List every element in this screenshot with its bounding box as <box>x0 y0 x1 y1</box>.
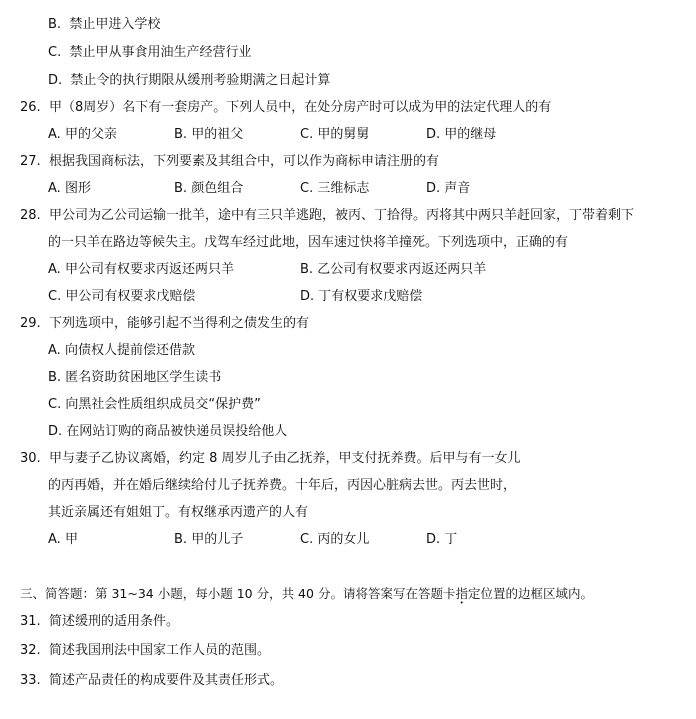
question-28-cont: 的一只羊在路边等候失主。戊驾车经过此地，因车速过快将羊撞死。下列选项中，正确的有 <box>48 235 568 251</box>
option-text: 甲的儿子 <box>191 532 243 547</box>
option-text: 甲的祖父 <box>191 127 243 142</box>
q29-option-c: C. 向黑社会性质组织成员交“保护费” <box>48 397 261 413</box>
option-letter: A. <box>48 262 61 277</box>
option-letter: A. <box>48 343 61 358</box>
section-text-emphasis: 卡指定 <box>443 586 481 601</box>
question-30-cont1: 的丙再婚，并在婚后继续给付儿子抚养费。十年后，丙因心脏病去世。丙去世时， <box>48 478 516 494</box>
section-heading: 三、简答题：第 31~34 小题，每小题 10 分，共 40 分。请将答案写在答… <box>20 586 593 602</box>
q30-option-d: D. 丁 <box>426 532 457 548</box>
question-29: 29. 下列选项中，能够引起不当得利之债发生的有 <box>20 316 309 332</box>
question-number: 27. <box>20 154 41 169</box>
q26-option-b: B. 甲的祖父 <box>174 127 243 143</box>
option-letter: B. <box>48 17 61 32</box>
q30-option-b: B. 甲的儿子 <box>174 532 243 548</box>
question-text: 简述缓刑的适用条件。 <box>49 614 179 629</box>
q27-option-d: D. 声音 <box>426 181 470 197</box>
option-letter: C. <box>48 45 61 60</box>
q28-option-a: A. 甲公司有权要求丙返还两只羊 <box>48 262 234 278</box>
option-text: 向债权人提前偿还借款 <box>65 343 195 358</box>
q29-option-d: D. 在网站订购的商品被快递员误投给他人 <box>48 424 287 440</box>
q26-option-a: A. 甲的父亲 <box>48 127 117 143</box>
option-text: 禁止甲进入学校 <box>69 17 160 32</box>
option-letter: D. <box>426 127 440 142</box>
question-26: 26. 甲（8周岁）名下有一套房产。下列人员中，在处分房产时可以成为甲的法定代理… <box>20 100 551 116</box>
q26-option-d: D. 甲的继母 <box>426 127 496 143</box>
option-letter: C. <box>300 181 313 196</box>
q27-option-b: B. 颜色组合 <box>174 181 243 197</box>
option-letter: D. <box>426 532 440 547</box>
option-d: D. 禁止令的执行期限从缓刑考验期满之日起计算 <box>48 73 330 89</box>
question-number: 33. <box>20 673 41 688</box>
question-text: 下列选项中，能够引起不当得利之债发生的有 <box>49 316 309 331</box>
question-number: 31. <box>20 614 41 629</box>
option-text: 图形 <box>65 181 91 196</box>
option-letter: D. <box>48 73 62 88</box>
option-text: 禁止令的执行期限从缓刑考验期满之日起计算 <box>70 73 330 88</box>
question-text: 甲（8周岁）名下有一套房产。下列人员中，在处分房产时可以成为甲的法定代理人的有 <box>49 100 551 115</box>
option-letter: B. <box>174 532 187 547</box>
option-letter: D. <box>426 181 440 196</box>
option-b: B. 禁止甲进入学校 <box>48 17 160 33</box>
question-text-line3: 其近亲属还有姐姐丁。有权继承丙遗产的人有 <box>48 505 308 520</box>
option-letter: B. <box>300 262 313 277</box>
question-text-line2: 的丙再婚，并在婚后继续给付儿子抚养费。十年后，丙因心脏病去世。丙去世时， <box>48 478 516 493</box>
option-text: 颜色组合 <box>191 181 243 196</box>
option-letter: C. <box>300 532 313 547</box>
option-text: 禁止甲从事食用油生产经营行业 <box>69 45 251 60</box>
option-letter: B. <box>174 127 187 142</box>
q30-option-a: A. 甲 <box>48 532 78 548</box>
question-27: 27. 根据我国商标法，下列要素及其组合中，可以作为商标申请注册的有 <box>20 154 439 170</box>
option-text: 丙的女儿 <box>317 532 369 547</box>
question-28: 28. 甲公司为乙公司运输一批羊，途中有三只羊逃跑，被丙、丁拾得。丙将其中两只羊… <box>20 208 634 224</box>
q30-option-c: C. 丙的女儿 <box>300 532 369 548</box>
option-letter: C. <box>48 289 61 304</box>
q28-option-c: C. 甲公司有权要求戊赔偿 <box>48 289 195 305</box>
question-text: 简述我国刑法中国家工作人员的范围。 <box>49 643 270 658</box>
option-text: 声音 <box>444 181 470 196</box>
q26-option-c: C. 甲的舅舅 <box>300 127 369 143</box>
question-number: 29. <box>20 316 41 331</box>
q29-option-a: A. 向债权人提前偿还借款 <box>48 343 195 359</box>
question-31: 31. 简述缓刑的适用条件。 <box>20 614 179 630</box>
question-number: 26. <box>20 100 41 115</box>
question-number: 32. <box>20 643 41 658</box>
option-text: 乙公司有权要求丙返还两只羊 <box>317 262 486 277</box>
option-letter: B. <box>174 181 187 196</box>
option-text: 甲的继母 <box>444 127 496 142</box>
option-text: 在网站订购的商品被快递员误投给他人 <box>66 424 287 439</box>
question-30-cont2: 其近亲属还有姐姐丁。有权继承丙遗产的人有 <box>48 505 308 521</box>
option-text: 匿名资助贫困地区学生读书 <box>65 370 221 385</box>
question-text-line1: 甲公司为乙公司运输一批羊，途中有三只羊逃跑，被丙、丁拾得。丙将其中两只羊赶回家，… <box>49 208 634 223</box>
question-33: 33. 简述产品责任的构成要件及其责任形式。 <box>20 673 283 689</box>
option-text: 三维标志 <box>317 181 369 196</box>
option-text: 甲 <box>65 532 78 547</box>
q27-option-c: C. 三维标志 <box>300 181 369 197</box>
option-letter: D. <box>48 424 62 439</box>
q28-option-d: D. 丁有权要求戊赔偿 <box>300 289 422 305</box>
option-letter: C. <box>300 127 313 142</box>
q27-option-a: A. 图形 <box>48 181 91 197</box>
question-number: 28. <box>20 208 41 223</box>
option-text: 甲公司有权要求丙返还两只羊 <box>65 262 234 277</box>
q29-option-b: B. 匿名资助贫困地区学生读书 <box>48 370 221 386</box>
question-text: 根据我国商标法，下列要素及其组合中，可以作为商标申请注册的有 <box>49 154 439 169</box>
q28-option-b: B. 乙公司有权要求丙返还两只羊 <box>300 262 486 278</box>
option-text: 甲的父亲 <box>65 127 117 142</box>
question-30: 30. 甲与妻子乙协议离婚，约定 8 周岁儿子由乙抚养，甲支付抚养费。后甲与有一… <box>20 451 521 467</box>
option-text: 甲的舅舅 <box>317 127 369 142</box>
section-text-pre: 三、简答题：第 31~34 小题，每小题 10 分，共 40 分。请将答案写在答… <box>20 586 443 601</box>
option-text: 丁 <box>444 532 457 547</box>
option-text: 丁有权要求戊赔偿 <box>318 289 422 304</box>
question-number: 30. <box>20 451 41 466</box>
question-32: 32. 简述我国刑法中国家工作人员的范围。 <box>20 643 270 659</box>
option-text: 向黑社会性质组织成员交“保护费” <box>65 397 260 412</box>
option-text: 甲公司有权要求戊赔偿 <box>65 289 195 304</box>
question-text-line1: 甲与妻子乙协议离婚，约定 8 周岁儿子由乙抚养，甲支付抚养费。后甲与有一女儿 <box>49 451 521 466</box>
option-letter: B. <box>48 370 61 385</box>
option-letter: A. <box>48 181 61 196</box>
option-letter: C. <box>48 397 61 412</box>
section-text-post: 位置的边框区域内。 <box>480 586 593 601</box>
question-text: 简述产品责任的构成要件及其责任形式。 <box>49 673 283 688</box>
option-c: C. 禁止甲从事食用油生产经营行业 <box>48 45 252 61</box>
option-letter: A. <box>48 127 61 142</box>
question-text-line2: 的一只羊在路边等候失主。戊驾车经过此地，因车速过快将羊撞死。下列选项中，正确的有 <box>48 235 568 250</box>
option-letter: D. <box>300 289 314 304</box>
option-letter: A. <box>48 532 61 547</box>
